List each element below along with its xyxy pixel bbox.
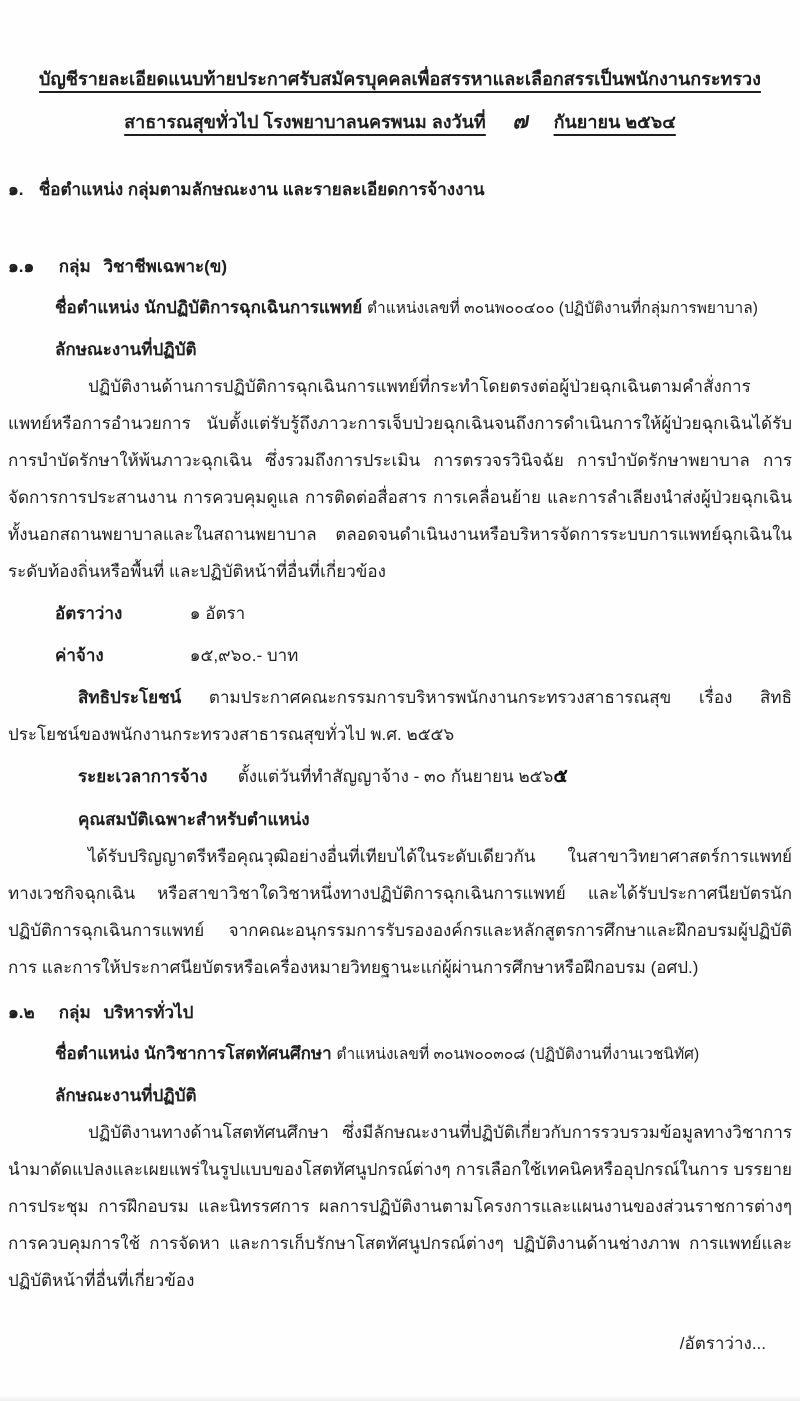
position-1-2-group-value: บริหารทั่วไป <box>103 1003 193 1022</box>
page-continuation-marker: /อัตราว่าง... <box>0 1325 800 1362</box>
position-1-2-duties-heading: ลักษณะงานที่ปฏิบัติ <box>0 1077 800 1114</box>
wage-label: ค่าจ้าง <box>55 637 185 674</box>
period-handwritten-digit: ๕ <box>553 766 567 787</box>
document-title-line-2: สาธารณสุขทั่วไป โรงพยาบาลนครพนม ลงวันที่… <box>0 100 800 143</box>
position-1-1-duties-heading: ลักษณะงานที่ปฏิบัติ <box>0 331 800 368</box>
vacancy-value: ๑ อัตรา <box>190 604 245 623</box>
position-1-1-title-detail: ตำแหน่งเลขที่ ๓๐นพ๐๐๔๐๐ (ปฏิบัติงานที่กล… <box>367 300 758 317</box>
position-1-1-period-row: ระยะเวลาการจ้าง ตั้งแต่วันที่ทำสัญญาจ้าง… <box>0 758 800 795</box>
title-line-2-prefix: สาธารณสุขทั่วไป โรงพยาบาลนครพนม ลงวันที่ <box>124 112 486 132</box>
position-1-2-title-row: ชื่อตำแหน่ง นักวิชาการโสตทัศนศึกษา ตำแหน… <box>0 1035 800 1073</box>
document-title: บัญชีรายละเอียดแนบท้ายประกาศรับสมัครบุคค… <box>0 0 800 143</box>
position-1-1-group-value: วิชาชีพเฉพาะ(ข) <box>103 257 227 276</box>
scan-bottom-edge <box>0 1395 800 1401</box>
handwritten-date-day: ๗ <box>484 97 556 146</box>
position-1-1-qualification-heading: คุณสมบัติเฉพาะสำหรับตำแหน่ง <box>0 801 800 838</box>
position-1-1-group-label: กลุ่ม <box>59 248 99 285</box>
document-title-line-1: บัญชีรายละเอียดแนบท้ายประกาศรับสมัครบุคค… <box>0 58 800 100</box>
vacancy-label: อัตราว่าง <box>55 595 185 632</box>
section-1-heading: ๑. ชื่อตำแหน่ง กลุ่มตามลักษณะงาน และรายล… <box>0 171 800 208</box>
title-line-2-suffix: กันยายน ๒๕๖๔ <box>554 112 676 132</box>
position-1-2-title-detail: ตำแหน่งเลขที่ ๓๐นพ๐๐๓๐๘ (ปฏิบัติงานที่งา… <box>336 1046 699 1063</box>
position-1-2-title: ชื่อตำแหน่ง นักวิชาการโสตทัศนศึกษา <box>55 1044 332 1063</box>
position-1-2-number: ๑.๒ <box>8 994 54 1031</box>
position-1-1-qualification-paragraph: ได้รับปริญญาตรีหรือคุณวุฒิอย่างอื่นที่เท… <box>0 838 800 986</box>
position-1-1-wage-row: ค่าจ้าง ๑๕,๙๖๐.- บาท <box>0 637 800 674</box>
wage-value: ๑๕,๙๖๐.- บาท <box>190 646 299 665</box>
position-1-1-vacancy-row: อัตราว่าง ๑ อัตรา <box>0 595 800 632</box>
period-label: ระยะเวลาการจ้าง <box>78 758 233 795</box>
position-1-2-duties-paragraph: ปฏิบัติงานทางด้านโสตทัศนศึกษา ซึ่งมีลักษ… <box>0 1114 800 1299</box>
position-1-2-group-label: กลุ่ม <box>59 994 99 1031</box>
section-1-number: ๑. <box>8 171 34 208</box>
benefits-label: สิทธิประโยชน์ <box>78 688 181 707</box>
position-1-1-title-row: ชื่อตำแหน่ง นักปฏิบัติการฉุกเฉินการแพทย์… <box>0 289 800 327</box>
period-value: ตั้งแต่วันที่ทำสัญญาจ้าง - ๓๐ กันยายน ๒๕… <box>238 767 554 786</box>
position-1-1-duties-paragraph: ปฏิบัติงานด้านการปฏิบัติการฉุกเฉินการแพท… <box>0 368 800 590</box>
section-1-heading-text: ชื่อตำแหน่ง กลุ่มตามลักษณะงาน และรายละเอ… <box>39 180 485 199</box>
position-1-1-title: ชื่อตำแหน่ง นักปฏิบัติการฉุกเฉินการแพทย์ <box>55 298 362 317</box>
position-1-2-group-row: ๑.๒ กลุ่ม บริหารทั่วไป <box>0 994 800 1031</box>
position-1-1-group-row: ๑.๑ กลุ่ม วิชาชีพเฉพาะ(ข) <box>0 248 800 285</box>
position-1-1-number: ๑.๑ <box>8 248 54 285</box>
scanned-document-page: บัญชีรายละเอียดแนบท้ายประกาศรับสมัครบุคค… <box>0 0 800 1401</box>
position-1-1-benefits-paragraph: สิทธิประโยชน์ ตามประกาศคณะกรรมการบริหารพ… <box>0 679 800 753</box>
